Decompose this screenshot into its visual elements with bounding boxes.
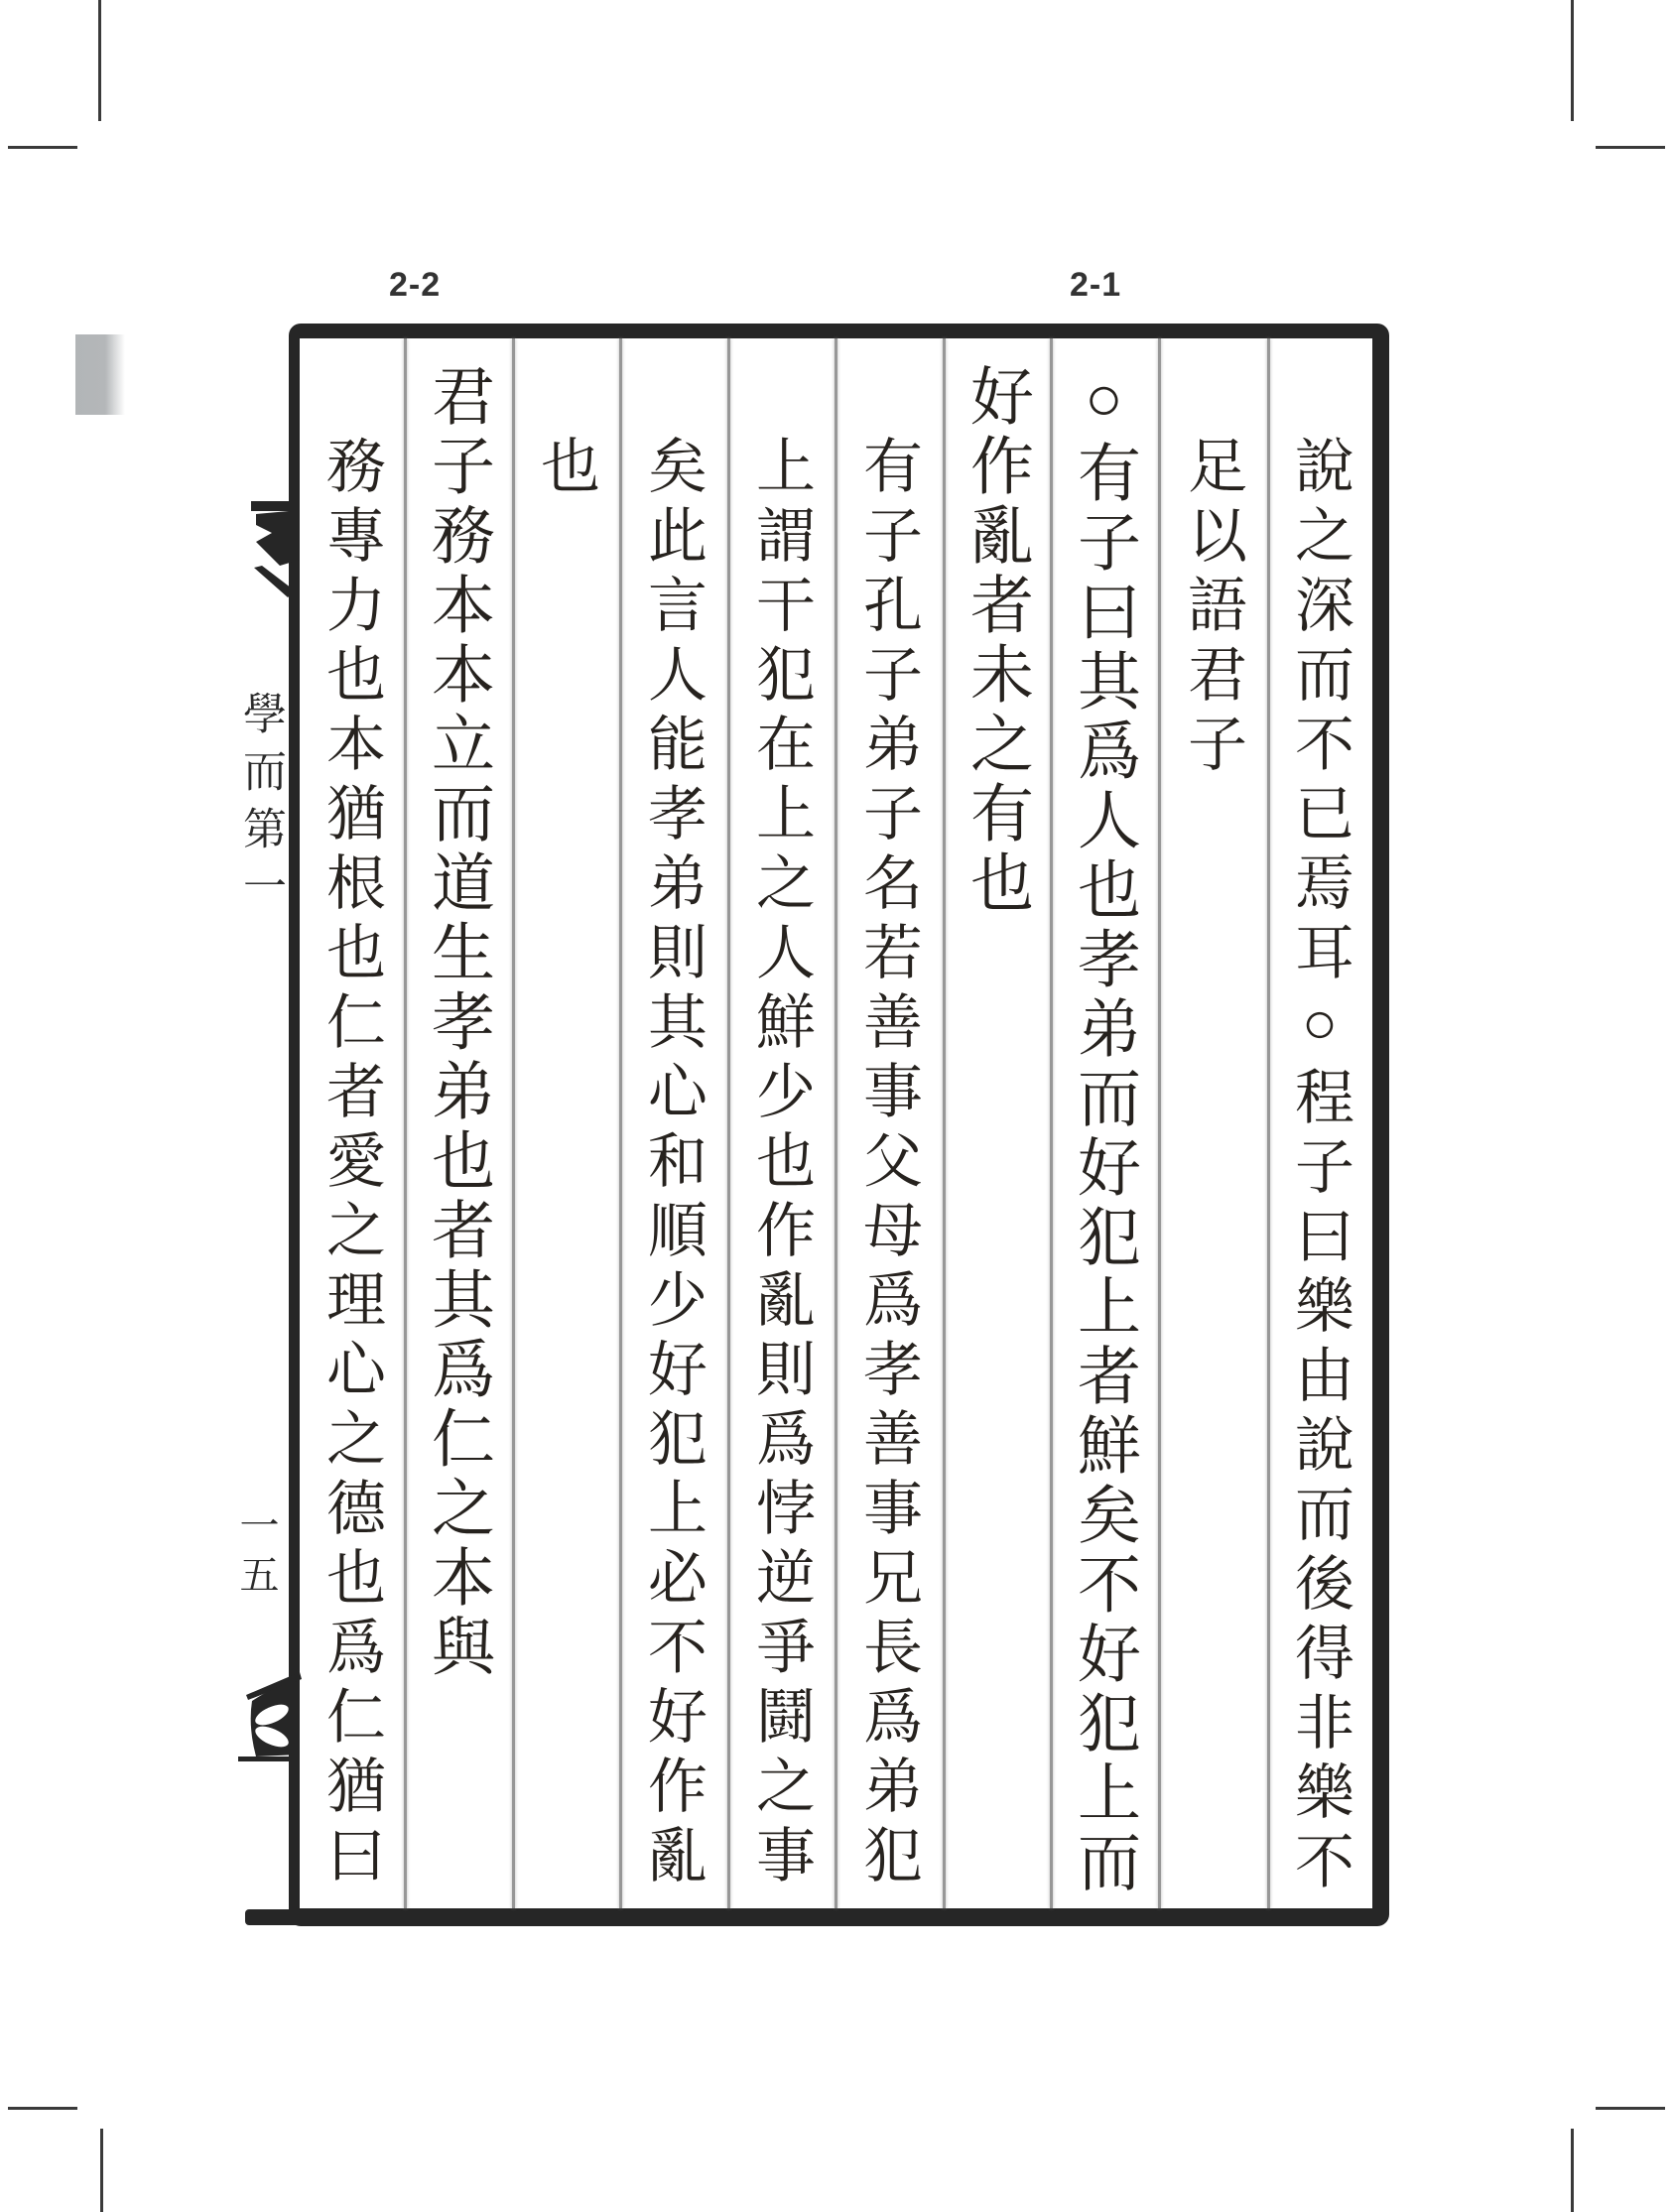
frame-bottom-left-extension: [245, 1909, 307, 1925]
crop-mark-top-left-vertical: [98, 0, 101, 121]
crop-mark-bottom-right-vertical: [1571, 2129, 1574, 2212]
text-column-1: 說之深而不已焉耳○程子曰樂由說而後得非樂不: [1268, 435, 1371, 1899]
crop-mark-bottom-right-horizontal: [1596, 2107, 1665, 2110]
fish-tail-ornament-top: [248, 496, 302, 599]
fish-tail-ornament-bottom: [236, 1669, 304, 1768]
gray-scan-artifact: [75, 334, 125, 415]
text-column-5: 有子孔子弟子名若善事父母爲孝善事兄長爲弟犯: [836, 435, 940, 1893]
crop-mark-top-right-vertical: [1571, 0, 1574, 121]
page-number: 一五: [233, 1504, 279, 1604]
text-column-3: ○有子曰其爲人也孝弟而好犯上者鮮矣不好犯上而: [1052, 363, 1155, 1898]
crop-mark-top-left-horizontal: [8, 146, 77, 149]
crop-mark-bottom-left-horizontal: [8, 2107, 77, 2110]
crop-mark-bottom-left-vertical: [100, 2129, 103, 2212]
folio-label-left: 2-2: [389, 266, 441, 305]
text-column-2: 足以語君子: [1161, 435, 1264, 782]
text-column-10: 務專力也本猶根也仁者愛之理心之德也爲仁猶曰: [300, 435, 403, 1893]
text-column-7: 矣此言人能孝弟則其心和順少好犯上必不好作亂: [621, 435, 724, 1893]
text-column-8: 也: [514, 435, 617, 504]
folio-label-right: 2-1: [1070, 266, 1121, 305]
crop-mark-top-right-horizontal: [1596, 146, 1665, 149]
column-divider: [512, 338, 515, 1908]
margin-chapter-label: 學而第一: [236, 691, 284, 921]
text-column-9: 君子務本本立而道生孝弟也者其爲仁之本與: [406, 363, 509, 1683]
text-column-6: 上謂干犯在上之人鮮少也作亂則爲悖逆爭鬪之事: [729, 435, 833, 1893]
text-column-4: 好作亂者未之有也: [945, 363, 1048, 919]
scanned-book-page: 2-2 2-1 說之深而不已焉耳○程子曰樂由說而後得非樂不 足以語君子 ○有子曰…: [0, 0, 1673, 2212]
